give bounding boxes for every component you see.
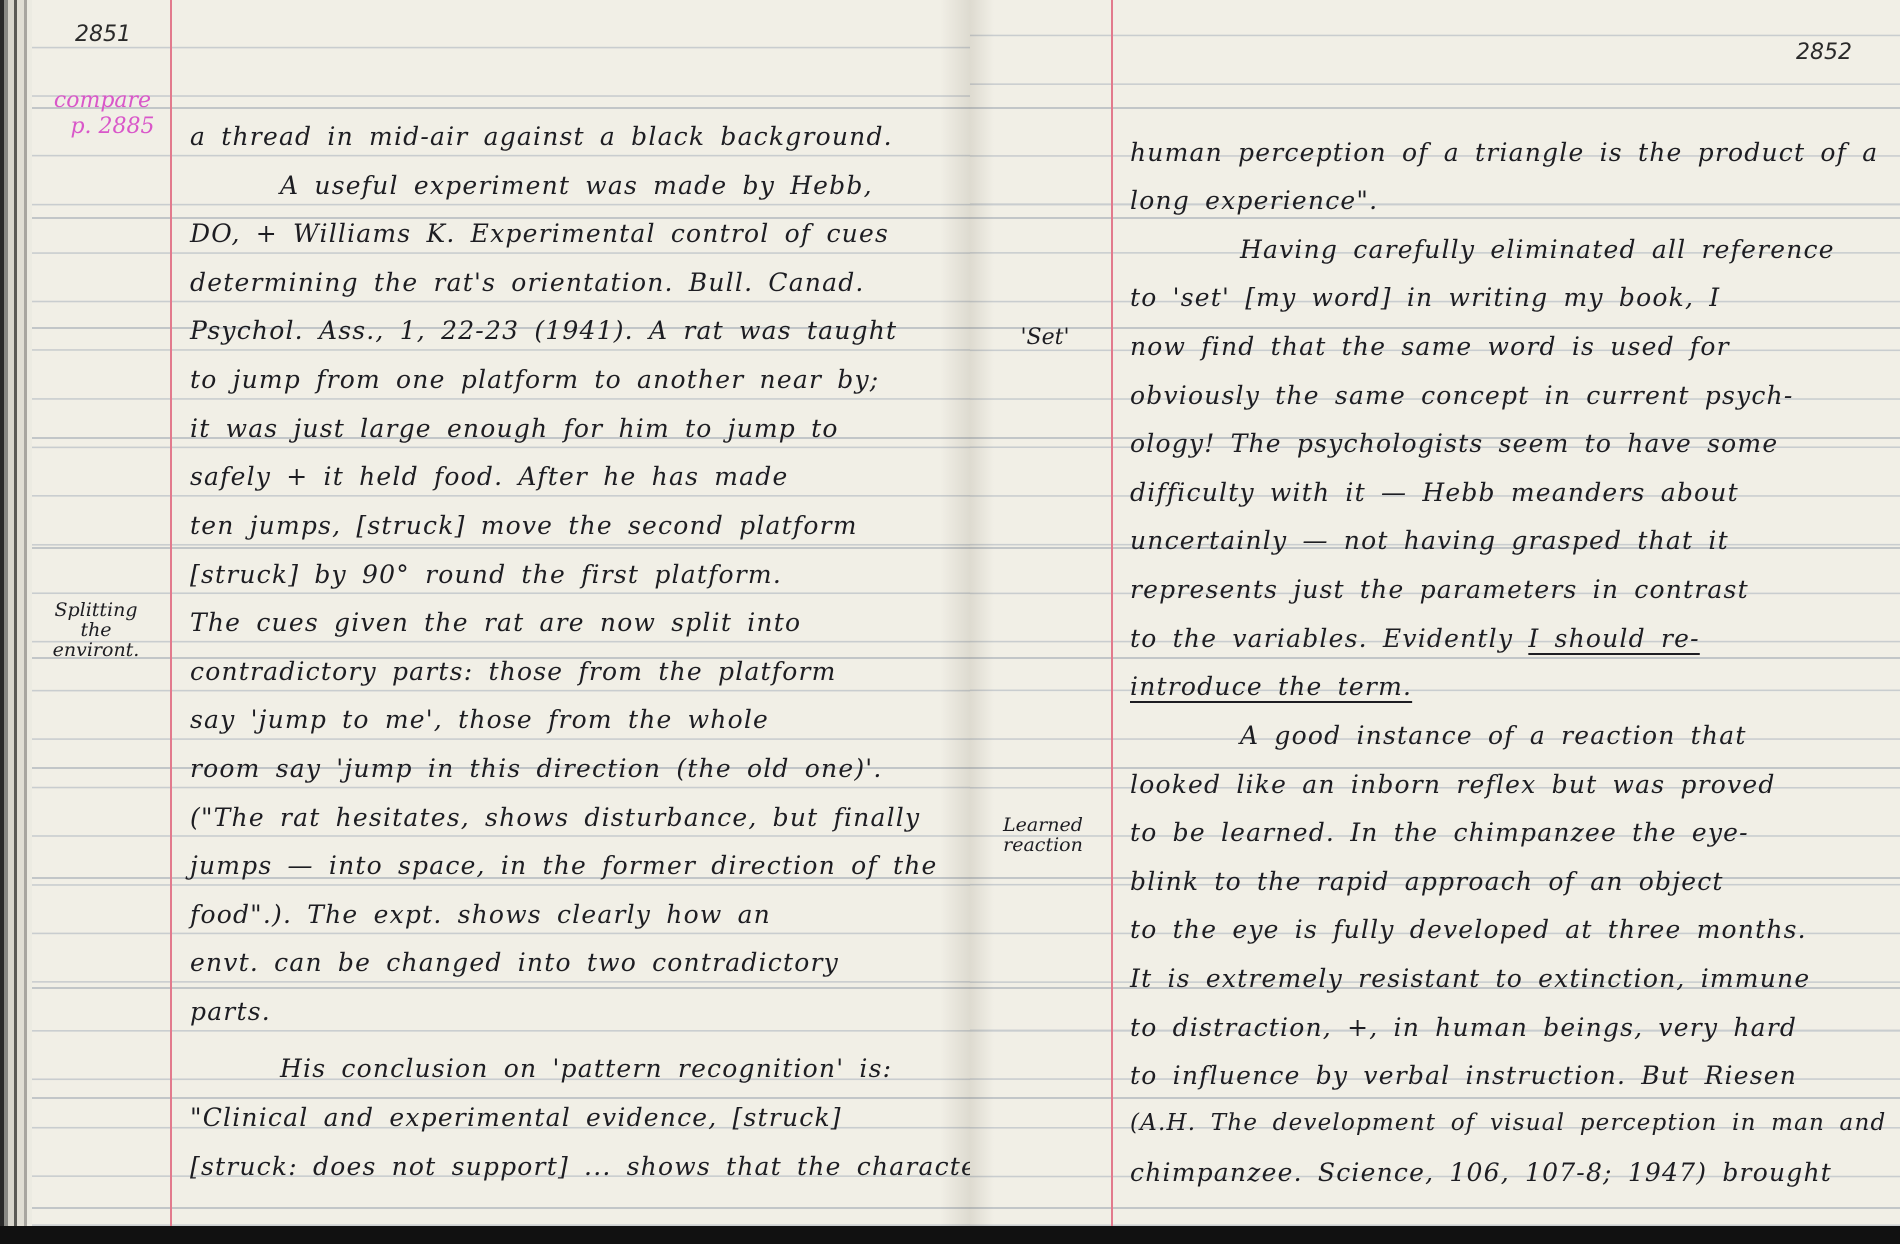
page-number: 2851	[75, 22, 131, 47]
margin-note-splitting: Splitting the environt.	[36, 600, 156, 660]
text-line: A useful experiment was made by Hebb,	[190, 171, 873, 200]
page-number: 2852	[1796, 40, 1852, 65]
spine-shadow	[970, 0, 994, 1238]
text-span: to the variables. Evidently	[1130, 624, 1513, 653]
margin-line	[1111, 0, 1113, 1238]
text-line: to the variables. Evidently I should re-	[1130, 624, 1700, 653]
text-line: a thread in mid-air against a black back…	[190, 122, 893, 151]
text-line: The cues given the rat are now split int…	[190, 608, 801, 637]
text-line: DO, + Williams K. Experimental control o…	[190, 219, 889, 248]
margin-note-line: compare	[40, 88, 165, 114]
text-line: "Clinical and experimental evidence, [st…	[190, 1103, 842, 1132]
text-line: parts.	[190, 997, 271, 1026]
margin-note-line: p. 2885	[40, 114, 165, 140]
margin-note-line: reaction	[988, 835, 1098, 855]
text-line: ("The rat hesitates, shows disturbance, …	[190, 803, 920, 832]
text-line: [struck] by 90° round the first platform…	[190, 560, 782, 589]
text-line: envt. can be changed into two contradict…	[190, 948, 839, 977]
text-line: to jump from one platform to another nea…	[190, 365, 879, 394]
page-edges	[0, 0, 32, 1226]
left-page: 2851 compare p. 2885 Splitting the envir…	[0, 0, 970, 1226]
text-line: human perception of a triangle is the pr…	[1130, 138, 1878, 167]
text-line: long experience".	[1130, 186, 1378, 215]
ruled-lines	[970, 0, 1900, 1238]
text-line: uncertainly — not having grasped that it	[1130, 526, 1729, 555]
text-line: Psychol. Ass., 1, 22-23 (1941). A rat wa…	[190, 316, 897, 345]
text-line: say 'jump to me', those from the whole	[190, 705, 769, 734]
text-line: blink to the rapid approach of an object	[1130, 867, 1724, 896]
margin-note-line: the	[36, 620, 156, 640]
background-table	[0, 1226, 1900, 1244]
text-line: It is extremely resistant to extinction,…	[1130, 964, 1810, 993]
text-line: Having carefully eliminated all referenc…	[1130, 235, 1835, 264]
spine-shadow	[940, 0, 970, 1226]
right-page: 2852 'Set' Learned reaction human percep…	[970, 0, 1900, 1238]
text-line: ten jumps, [struck] move the second plat…	[190, 511, 858, 540]
text-line: to distraction, +, in human beings, very…	[1130, 1013, 1797, 1042]
text-line: His conclusion on 'pattern recognition' …	[190, 1054, 892, 1083]
text-line: (A.H. The development of visual percepti…	[1130, 1110, 1886, 1136]
text-line: represents just the parameters in contra…	[1130, 575, 1749, 604]
text-line: to the eye is fully developed at three m…	[1130, 915, 1807, 944]
text-line: contradictory parts: those from the plat…	[190, 657, 837, 686]
text-line: ology! The psychologists seem to have so…	[1130, 429, 1778, 458]
text-line: to influence by verbal instruction. But …	[1130, 1061, 1797, 1090]
text-line: jumps — into space, in the former direct…	[190, 851, 938, 880]
text-line: chimpanzee. Science, 106, 107-8; 1947) b…	[1130, 1158, 1832, 1187]
margin-note-set: 'Set'	[1000, 328, 1090, 348]
notebook-spread: 2851 compare p. 2885 Splitting the envir…	[0, 0, 1900, 1244]
text-line: difficulty with it — Hebb meanders about	[1130, 478, 1739, 507]
text-line: A good instance of a reaction that	[1130, 721, 1747, 750]
margin-line	[170, 0, 172, 1226]
margin-note-compare: compare p. 2885	[40, 88, 165, 140]
margin-note-line: 'Set'	[1000, 328, 1090, 348]
text-line: [struck: does not support] ... shows tha…	[190, 1152, 970, 1181]
margin-note-line: Splitting	[36, 600, 156, 620]
underlined-text: I should re-	[1528, 624, 1699, 653]
text-line: food".). The expt. shows clearly how an	[190, 900, 771, 929]
text-line: room say 'jump in this direction (the ol…	[190, 754, 883, 783]
text-line: obviously the same concept in current ps…	[1130, 381, 1793, 410]
margin-note-learned-reaction: Learned reaction	[988, 815, 1098, 855]
text-line: it was just large enough for him to jump…	[190, 414, 839, 443]
text-line: looked like an inborn reflex but was pro…	[1130, 770, 1776, 799]
text-line: safely + it held food. After he has made	[190, 462, 788, 491]
margin-note-line: environt.	[36, 640, 156, 660]
margin-note-line: Learned	[988, 815, 1098, 835]
text-line: now find that the same word is used for	[1130, 332, 1730, 361]
text-line: determining the rat's orientation. Bull.…	[190, 268, 865, 297]
text-line: to be learned. In the chimpanzee the eye…	[1130, 818, 1749, 847]
text-line: to 'set' [my word] in writing my book, I	[1130, 283, 1720, 312]
underlined-text: introduce the term.	[1130, 672, 1412, 701]
